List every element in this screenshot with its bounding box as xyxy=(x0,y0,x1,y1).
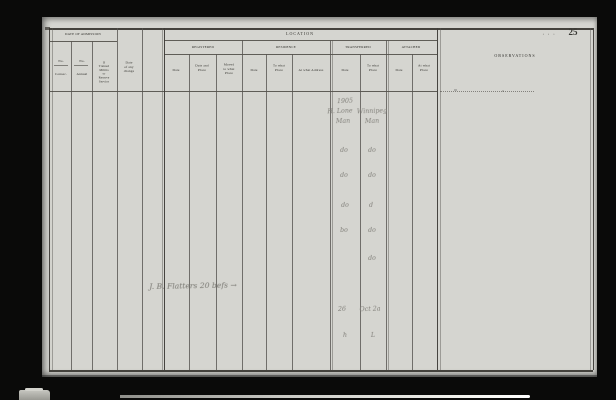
handwritten-entry: h xyxy=(343,331,347,338)
handwritten-entry: Oct 2a xyxy=(359,305,380,313)
scan-scrap xyxy=(25,388,43,391)
handwritten-entry: do xyxy=(368,226,376,233)
handwritten-entry: J. B. Flatters 20 befs → xyxy=(149,281,237,291)
handwritten-entry: do xyxy=(340,146,348,153)
handwritten-entry: 26 xyxy=(338,305,346,312)
handwritten-entry: 1905 xyxy=(337,97,353,105)
handwritten-entry: d xyxy=(369,201,373,208)
handwritten-entry: Man xyxy=(365,117,380,125)
next-page-edge xyxy=(120,395,530,398)
handwriting-layer: 1905H. LoneWinnipegManMandodododododbodo… xyxy=(42,17,597,377)
scan-scrap xyxy=(19,390,50,400)
handwritten-entry: bo xyxy=(340,226,348,233)
handwritten-entry: do xyxy=(368,254,376,261)
handwritten-entry: do xyxy=(340,171,348,178)
handwritten-entry: do xyxy=(368,146,376,153)
microfilm-background: DATE OF ADMISSION LOCATION OBSERVATIONS … xyxy=(0,0,616,400)
handwritten-entry: Winnipeg xyxy=(357,107,388,115)
handwritten-entry: do xyxy=(341,201,349,208)
handwritten-entry: L xyxy=(371,331,375,338)
document-page: DATE OF ADMISSION LOCATION OBSERVATIONS … xyxy=(42,17,597,377)
handwritten-entry: H. Lone xyxy=(327,107,353,115)
handwritten-entry: Man xyxy=(336,117,351,125)
handwritten-entry: do xyxy=(368,171,376,178)
